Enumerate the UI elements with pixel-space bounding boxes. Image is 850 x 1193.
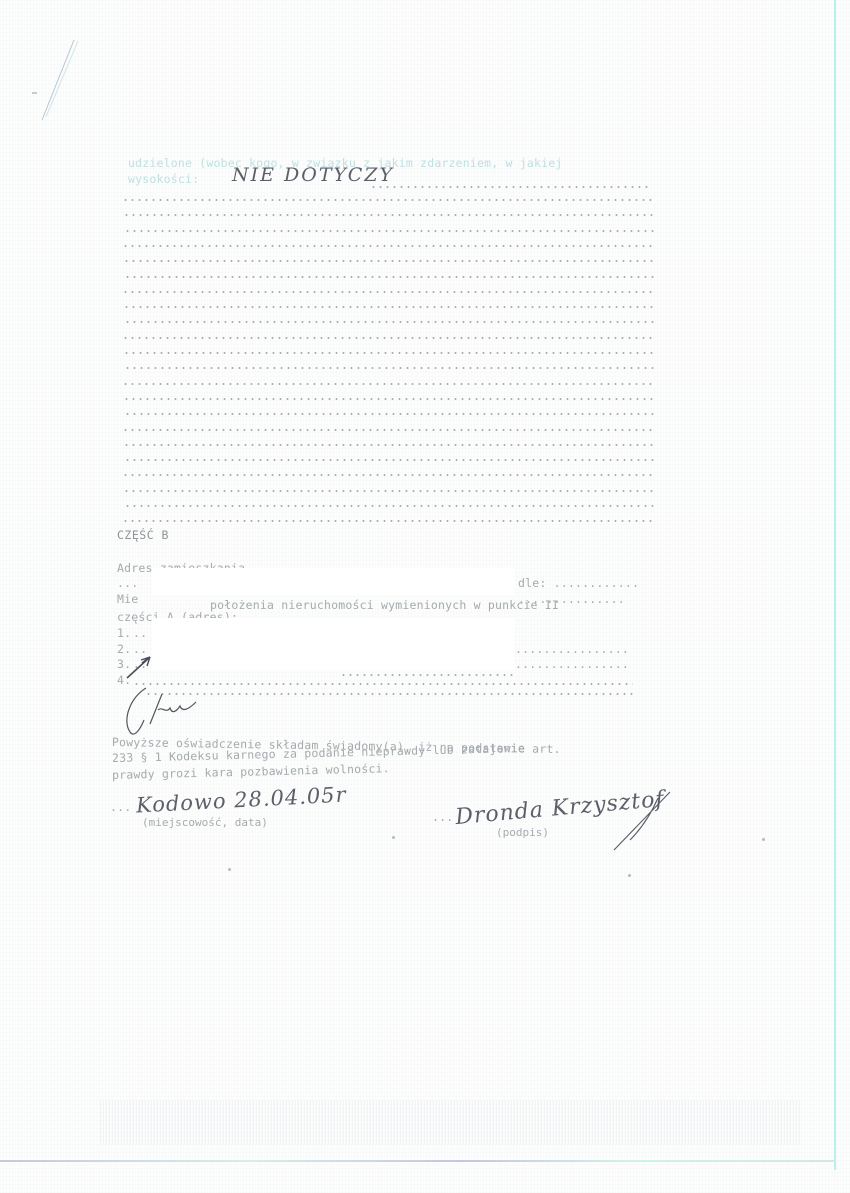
item-1-number: 1. bbox=[117, 626, 131, 640]
dotted-line bbox=[123, 398, 653, 400]
dotted-line bbox=[370, 186, 650, 188]
pen-mark-icon bbox=[30, 35, 80, 125]
scan-speck bbox=[628, 874, 631, 877]
dotted-line bbox=[122, 474, 652, 476]
redaction-box bbox=[152, 568, 514, 595]
signature-caption: (podpis) bbox=[496, 826, 549, 839]
dotted-line bbox=[122, 429, 652, 431]
dotted-line bbox=[124, 321, 654, 323]
location-label-start: Mie bbox=[117, 592, 138, 606]
dotted-line bbox=[123, 306, 653, 308]
dotted-line bbox=[123, 490, 653, 492]
dotted-line bbox=[124, 230, 654, 232]
redaction-box bbox=[152, 618, 514, 670]
dotted-line bbox=[123, 352, 653, 354]
arrow-icon bbox=[124, 652, 156, 682]
dotted-line bbox=[124, 505, 654, 507]
address-line-2-prefix: ... bbox=[117, 576, 138, 590]
location-label-rest: położenia nieruchomości wymienionych w p… bbox=[210, 598, 559, 612]
part-a-line-2-label: wysokości: bbox=[128, 172, 199, 186]
dotted-line bbox=[122, 199, 652, 201]
dotted-line bbox=[123, 214, 653, 216]
address-line-tail: dle: ............ bbox=[518, 576, 639, 590]
dotted-line bbox=[124, 276, 654, 278]
place-date-leader: ... bbox=[110, 800, 131, 814]
item-2-tail: ................ bbox=[515, 642, 629, 656]
signature-flourish-icon bbox=[600, 790, 680, 855]
item-3-tail: ................ bbox=[515, 657, 629, 671]
scan-speck bbox=[392, 836, 395, 839]
signature-leader: ... bbox=[432, 810, 453, 824]
dotted-line bbox=[122, 245, 652, 247]
handwritten-not-applicable: NIE DOTYCZY bbox=[232, 164, 394, 186]
scan-speck bbox=[762, 838, 765, 841]
initials-signature-icon bbox=[120, 680, 205, 740]
dotted-line bbox=[122, 383, 652, 385]
dotted-line bbox=[123, 260, 653, 262]
dotted-line bbox=[122, 520, 652, 522]
dotted-line bbox=[123, 444, 653, 446]
scan-speck bbox=[228, 868, 231, 871]
dotted-line bbox=[124, 367, 654, 369]
dotted-line bbox=[122, 291, 652, 293]
place-date-caption: (miejscowość, data) bbox=[142, 816, 268, 829]
dotted-line bbox=[124, 459, 654, 461]
dotted-line bbox=[122, 337, 652, 339]
page-right-edge bbox=[834, 0, 836, 1170]
dotted-line bbox=[124, 413, 654, 415]
dotted-line bbox=[133, 683, 633, 685]
dotted-line bbox=[145, 693, 633, 695]
item-1-value: .. bbox=[133, 626, 147, 640]
dotted-line bbox=[340, 674, 515, 676]
part-b-heading: CZĘŚĆ B bbox=[117, 528, 169, 542]
page-bottom-edge bbox=[0, 1160, 836, 1162]
scan-noise bbox=[100, 1100, 800, 1145]
